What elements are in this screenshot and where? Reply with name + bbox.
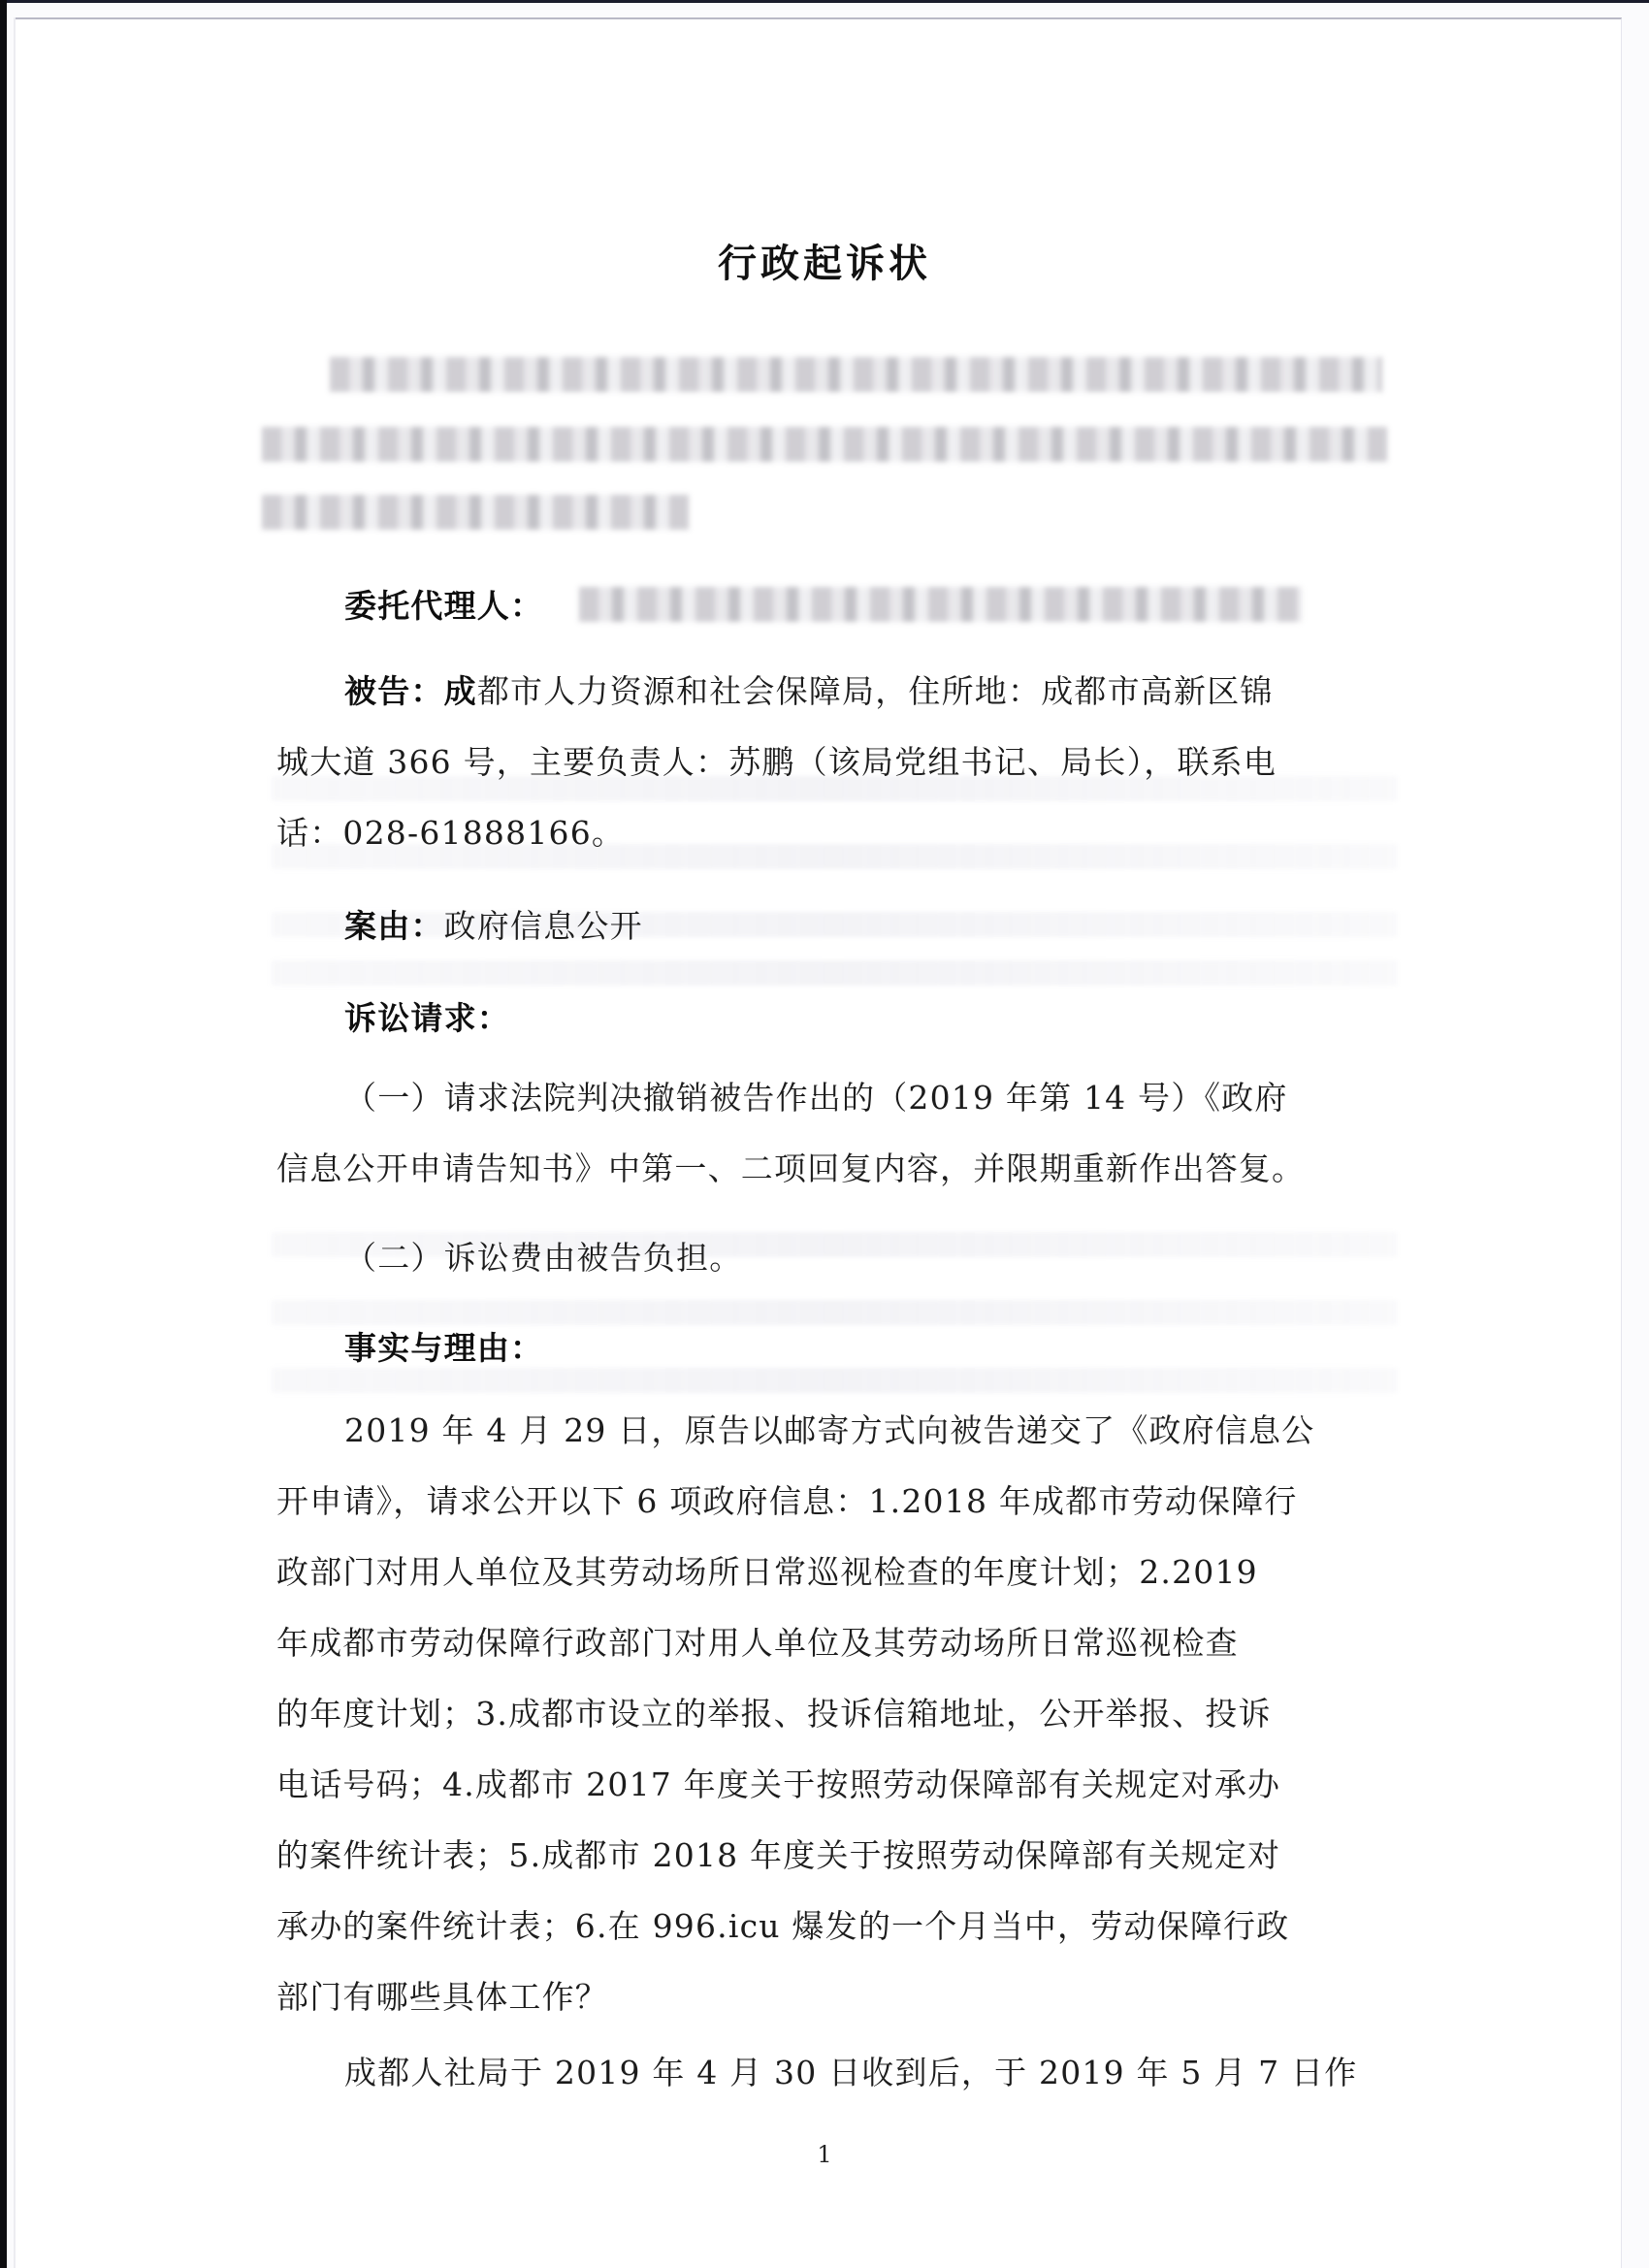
page-number: 1 [0, 2141, 1649, 2168]
facts-next-paragraph: 成都人社局于 2019 年 4 月 30 日收到后，于 2019 年 5 月 7… [344, 2054, 1460, 2092]
facts-line: 开申请》，请求公开以下 6 项政府信息：1.2018 年成都市劳动保障行 [276, 1482, 1392, 1521]
defendant-lead-char: 成 [444, 672, 477, 710]
defendant-line-1: 被告：成都市人力资源和社会保障局，住所地：成都市高新区锦 [344, 672, 1460, 711]
facts-line: 部门有哪些具体工作？ [276, 1978, 1392, 2017]
facts-line: 政部门对用人单位及其劳动场所日常巡视检查的年度计划；2.2019 [276, 1553, 1392, 1592]
claim-1-line-2: 信息公开申请告知书》中第一、二项回复内容，并限期重新作出答复。 [276, 1150, 1392, 1188]
claim-2: （二）诉讼费由被告负担。 [344, 1239, 1460, 1278]
defendant-line-3: 话：028-61888166。 [276, 814, 1392, 853]
cause-label: 案由： [344, 907, 444, 945]
defendant-label: 被告： [344, 672, 444, 710]
facts-line: 电话号码；4.成都市 2017 年度关于按照劳动保障部有关规定对承办 [276, 1766, 1392, 1804]
claim-1-line-1: （一）请求法院判决撤销被告作出的（2019 年第 14 号）《政府 [344, 1079, 1460, 1118]
redacted-line [262, 427, 1387, 462]
document-title: 行政起诉状 [0, 233, 1649, 288]
scan-edge-top [0, 0, 1649, 3]
agent-label: 委托代理人： [344, 587, 543, 625]
facts-line: 2019 年 4 月 29 日，原告以邮寄方式向被告递交了《政府信息公 [344, 1411, 1460, 1450]
agent-value-redacted [579, 587, 1302, 622]
claims-heading: 诉讼请求： [344, 999, 1460, 1038]
cause-line: 案由：政府信息公开 [344, 907, 1460, 946]
bleed-through [272, 960, 1397, 986]
bleed-through [272, 1300, 1397, 1325]
facts-heading: 事实与理由： [344, 1329, 1460, 1368]
facts-line: 年成都市劳动保障行政部门对用人单位及其劳动场所日常巡视检查 [276, 1624, 1392, 1663]
redacted-line [262, 495, 689, 530]
facts-line: 的案件统计表；5.成都市 2018 年度关于按照劳动保障部有关规定对 [276, 1836, 1392, 1875]
redacted-line [330, 357, 1382, 392]
cause-value: 政府信息公开 [444, 907, 643, 945]
defendant-text: 都市人力资源和社会保障局，住所地：成都市高新区锦 [477, 672, 1274, 710]
defendant-line-2: 城大道 366 号，主要负责人：苏鹏（该局党组书记、局长），联系电 [276, 743, 1392, 782]
facts-line: 承办的案件统计表；6.在 996.icu 爆发的一个月当中，劳动保障行政 [276, 1907, 1392, 1946]
facts-line: 的年度计划；3.成都市设立的举报、投诉信箱地址，公开举报、投诉 [276, 1695, 1392, 1733]
scan-edge-left [0, 0, 7, 2268]
bleed-through [272, 1368, 1397, 1393]
